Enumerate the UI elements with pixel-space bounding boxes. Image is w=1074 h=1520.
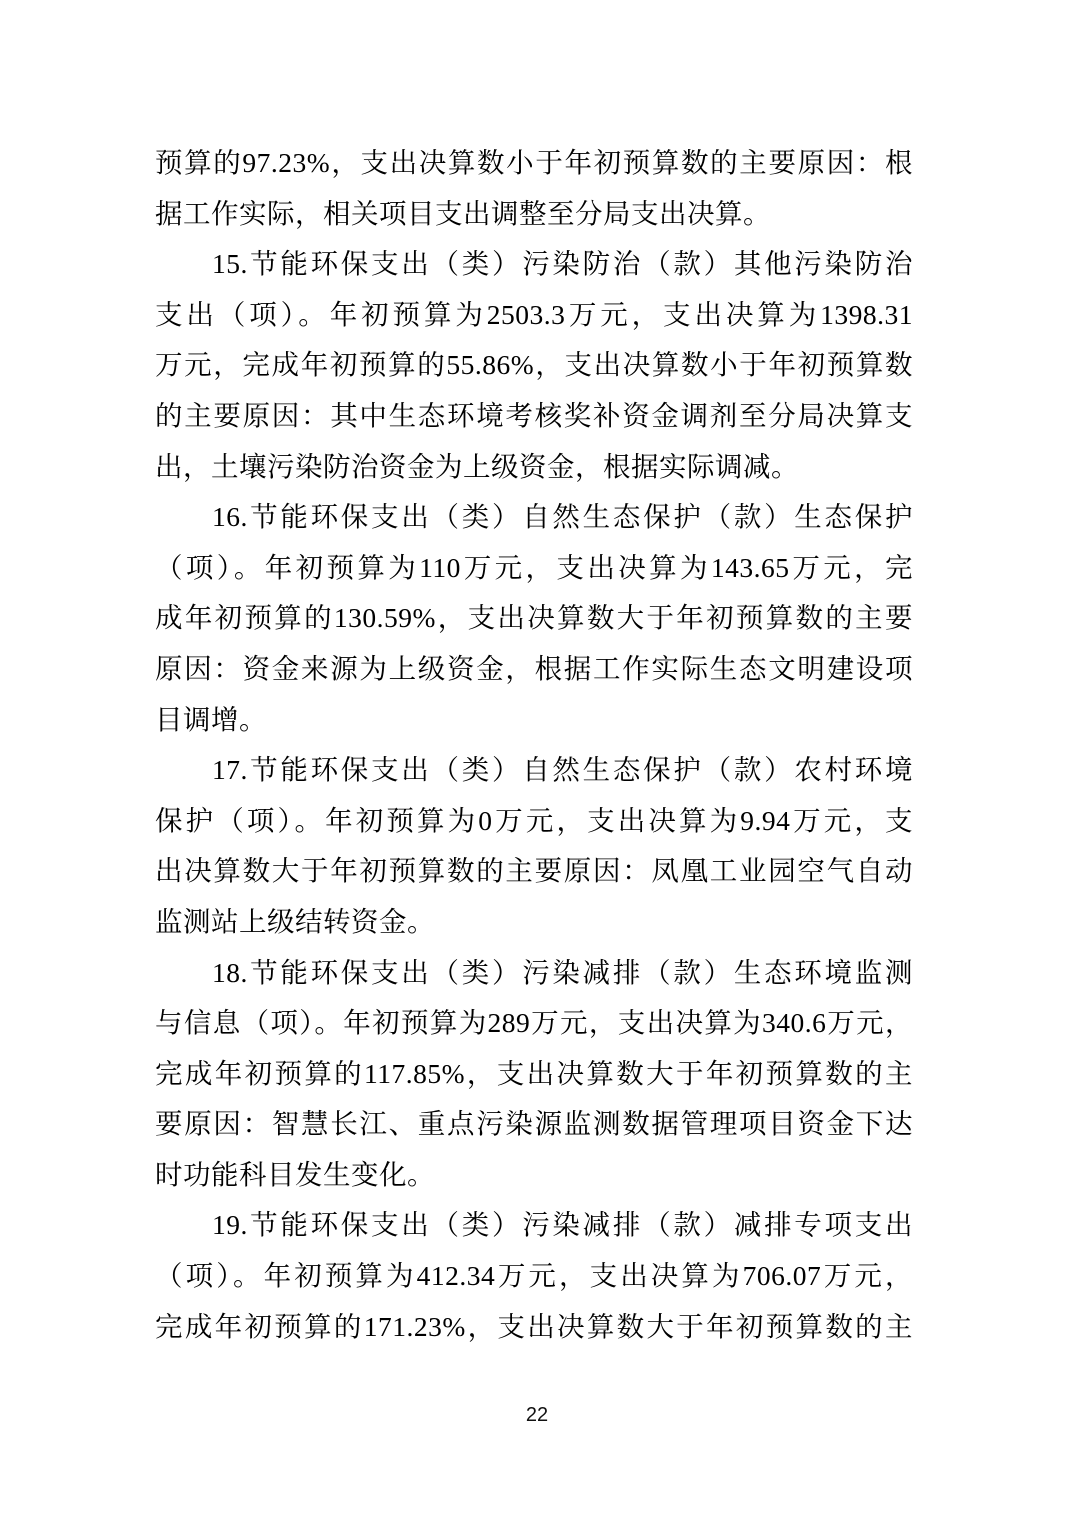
paragraph-4: 18.节能环保支出（类）污染减排（款）生态环境监测与信息（项）。年初预算为289… [155,948,913,1201]
text-line: （项）。年初预算为110万元，支出决算为143.65万元，完 [155,543,913,594]
text-line: 出决算数大于年初预算数的主要原因：凤凰工业园空气自动 [155,846,913,897]
text-line: 监测站上级结转资金。 [155,897,913,948]
text-line: 完成年初预算的171.23%，支出决算数大于年初预算数的主 [155,1302,913,1353]
text-line: 时功能科目发生变化。 [155,1150,913,1201]
text-line: 19.节能环保支出（类）污染减排（款）减排专项支出 [155,1200,913,1251]
document-page: 预算的97.23%，支出决算数小于年初预算数的主要原因：根据工作实际，相关项目支… [0,0,1074,1520]
text-line: 成年初预算的130.59%，支出决算数大于年初预算数的主要 [155,593,913,644]
text-line: 的主要原因：其中生态环境考核奖补资金调剂至分局决算支 [155,391,913,442]
text-line: 保护（项）。年初预算为0万元，支出决算为9.94万元，支 [155,796,913,847]
text-line: 据工作实际，相关项目支出调整至分局支出决算。 [155,189,913,240]
document-body: 预算的97.23%，支出决算数小于年初预算数的主要原因：根据工作实际，相关项目支… [155,138,913,1352]
paragraph-3: 17.节能环保支出（类）自然生态保护（款）农村环境保护（项）。年初预算为0万元，… [155,745,913,947]
text-line: 完成年初预算的117.85%，支出决算数大于年初预算数的主 [155,1049,913,1100]
text-line: 15.节能环保支出（类）污染防治（款）其他污染防治 [155,239,913,290]
page-number: 22 [0,1403,1074,1427]
paragraph-2: 16.节能环保支出（类）自然生态保护（款）生态保护（项）。年初预算为110万元，… [155,492,913,745]
text-line: 17.节能环保支出（类）自然生态保护（款）农村环境 [155,745,913,796]
text-line: 支出（项）。年初预算为2503.3万元，支出决算为1398.31 [155,290,913,341]
text-line: 原因：资金来源为上级资金，根据工作实际生态文明建设项 [155,644,913,695]
text-line: 18.节能环保支出（类）污染减排（款）生态环境监测 [155,948,913,999]
text-line: 目调增。 [155,695,913,746]
paragraph-5: 19.节能环保支出（类）污染减排（款）减排专项支出（项）。年初预算为412.34… [155,1200,913,1352]
text-line: （项）。年初预算为412.34万元，支出决算为706.07万元， [155,1251,913,1302]
paragraph-0: 预算的97.23%，支出决算数小于年初预算数的主要原因：根据工作实际，相关项目支… [155,138,913,239]
text-line: 预算的97.23%，支出决算数小于年初预算数的主要原因：根 [155,138,913,189]
text-line: 16.节能环保支出（类）自然生态保护（款）生态保护 [155,492,913,543]
text-line: 出，土壤污染防治资金为上级资金，根据实际调减。 [155,442,913,493]
text-line: 要原因：智慧长江、重点污染源监测数据管理项目资金下达 [155,1099,913,1150]
text-line: 万元，完成年初预算的55.86%，支出决算数小于年初预算数 [155,340,913,391]
paragraph-1: 15.节能环保支出（类）污染防治（款）其他污染防治支出（项）。年初预算为2503… [155,239,913,492]
text-line: 与信息（项）。年初预算为289万元，支出决算为340.6万元， [155,998,913,1049]
